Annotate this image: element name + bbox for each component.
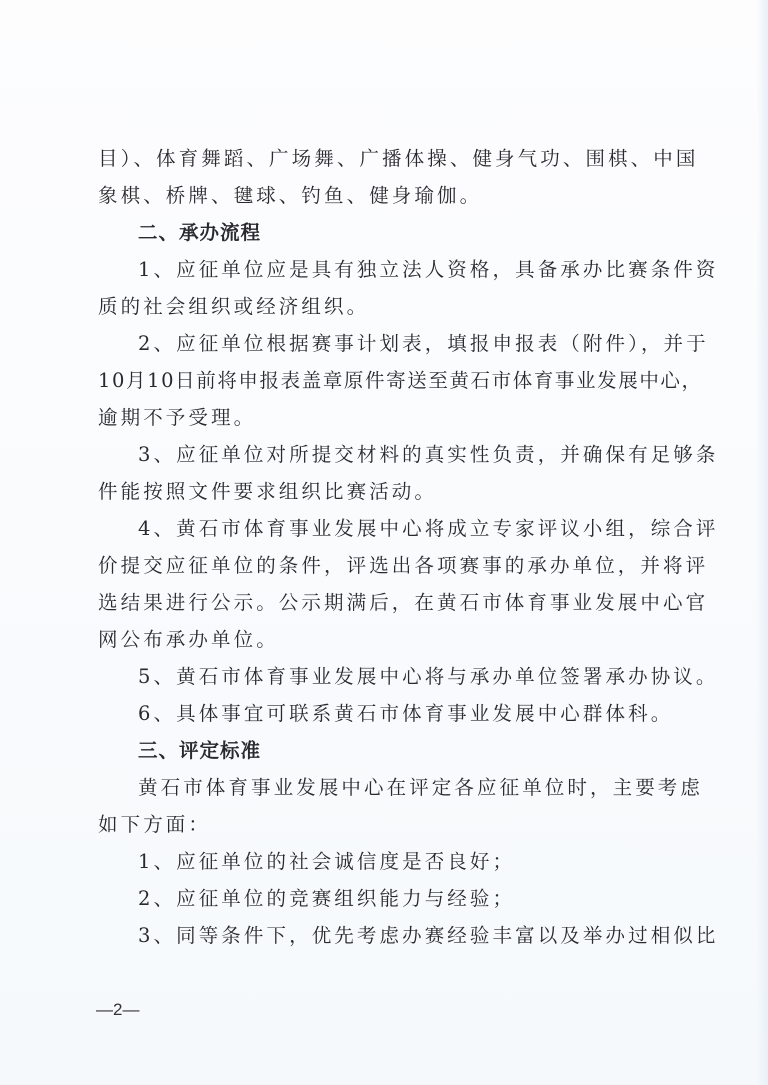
text-line: 2、应征单位的竞赛组织能力与经验； <box>98 880 673 917</box>
document-page: 目）、体育舞蹈、广场舞、广播体操、健身气功、围棋、中国 象棋、桥牌、毽球、钓鱼、… <box>0 0 768 1085</box>
text-line: 目）、体育舞蹈、广场舞、广播体操、健身气功、围棋、中国 <box>98 140 673 177</box>
text-line: 逾期不予受理。 <box>98 399 673 436</box>
text-line: 黄石市体育事业发展中心在评定各应征单位时，主要考虑 <box>98 769 673 806</box>
section-heading-procedure: 二、承办流程 <box>98 214 673 251</box>
text-line: 10月10日前将申报表盖章原件寄送至黄石市体育事业发展中心， <box>98 362 673 399</box>
page-number: —2— <box>96 1000 139 1020</box>
text-line: 6、具体事宜可联系黄石市体育事业发展中心群体科。 <box>98 695 673 732</box>
text-line: 5、黄石市体育事业发展中心将与承办单位签署承办协议。 <box>98 658 673 695</box>
document-body: 目）、体育舞蹈、广场舞、广播体操、健身气功、围棋、中国 象棋、桥牌、毽球、钓鱼、… <box>98 140 673 954</box>
text-line: 象棋、桥牌、毽球、钓鱼、健身瑜伽。 <box>98 177 673 214</box>
text-line: 3、应征单位对所提交材料的真实性负责，并确保有足够条 <box>98 436 673 473</box>
text-line: 4、黄石市体育事业发展中心将成立专家评议小组，综合评 <box>98 510 673 547</box>
text-line: 1、应征单位的社会诚信度是否良好； <box>98 843 673 880</box>
text-line: 选结果进行公示。公示期满后，在黄石市体育事业发展中心官 <box>98 584 673 621</box>
text-line: 3、同等条件下，优先考虑办赛经验丰富以及举办过相似比 <box>98 917 673 954</box>
text-line: 质的社会组织或经济组织。 <box>98 288 673 325</box>
text-line: 1、应征单位应是具有独立法人资格，具备承办比赛条件资 <box>98 251 673 288</box>
text-line: 网公布承办单位。 <box>98 621 673 658</box>
text-line: 价提交应征单位的条件，评选出各项赛事的承办单位，并将评 <box>98 547 673 584</box>
text-line: 件能按照文件要求组织比赛活动。 <box>98 473 673 510</box>
scan-edge <box>756 0 768 1085</box>
section-heading-criteria: 三、评定标准 <box>98 732 673 769</box>
text-line: 如下方面： <box>98 806 673 843</box>
text-line: 2、应征单位根据赛事计划表，填报申报表（附件），并于 <box>98 325 673 362</box>
